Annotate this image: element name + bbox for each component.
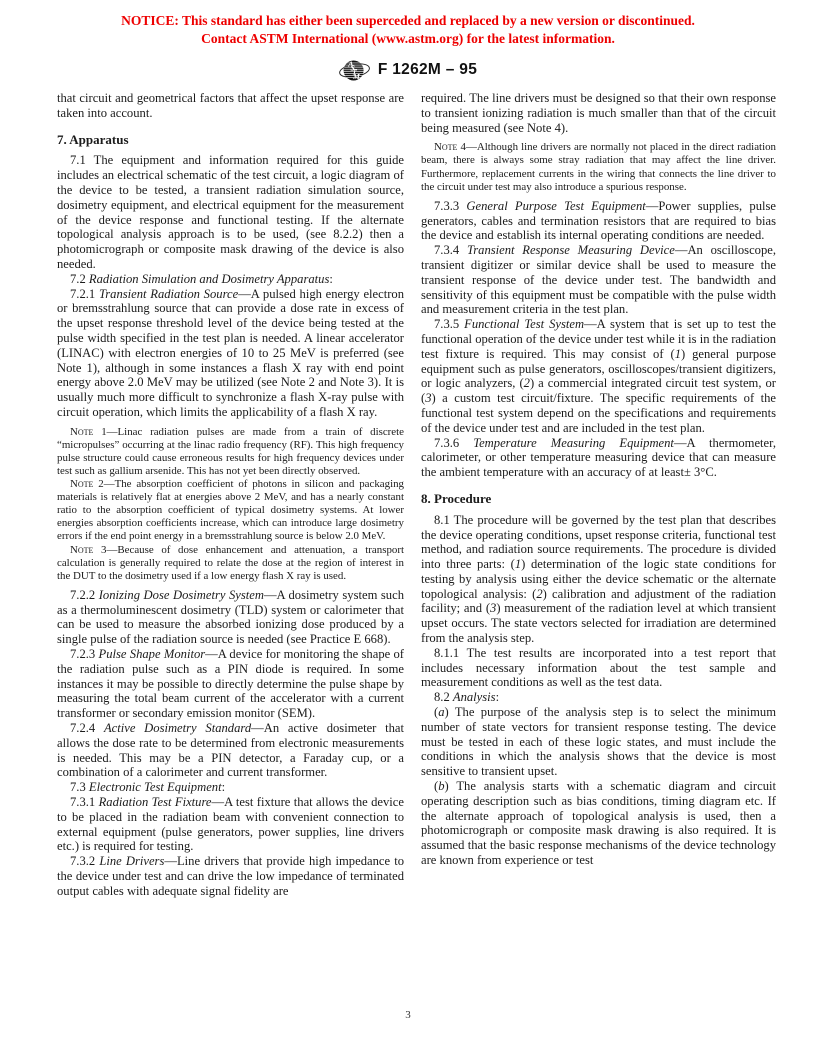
note-4: Note 4—Although line drivers are normall… — [421, 141, 776, 193]
note-1: Note 1—Linac radiation pulses are made f… — [57, 426, 404, 478]
para-7-3-5: 7.3.5 Functional Test System—A system th… — [421, 317, 776, 435]
para-7-3-2-continuation: required. The line drivers must be desig… — [421, 91, 776, 135]
astm-logo-icon: ASTM — [339, 58, 371, 83]
note-2: Note 2—The absorption coefficient of pho… — [57, 478, 404, 543]
para-7-2: 7.2 Radiation Simulation and Dosimetry A… — [57, 272, 404, 287]
para-8-1-1: 8.1.1 The test results are incorporated … — [421, 646, 776, 690]
heading-procedure: 8. Procedure — [421, 492, 776, 507]
discontinuation-notice: NOTICE: This standard has either been su… — [0, 0, 816, 48]
two-column-body: that circuit and geometrical factors tha… — [0, 91, 816, 899]
standard-header: ASTM F 1262M – 95 — [0, 56, 816, 84]
para-7-3: 7.3 Electronic Test Equipment: — [57, 780, 404, 795]
para-7-2-1: 7.2.1 Transient Radiation Source—A pulse… — [57, 287, 404, 420]
para-7-3-1: 7.3.1 Radiation Test Fixture—A test fixt… — [57, 795, 404, 854]
note-3: Note 3—Because of dose enhancement and a… — [57, 544, 404, 583]
notice-line-1: NOTICE: This standard has either been su… — [0, 12, 816, 30]
document-page: NOTICE: This standard has either been su… — [0, 0, 816, 1056]
para-7-2-3: 7.2.3 Pulse Shape Monitor—A device for m… — [57, 647, 404, 721]
para-7-3-6: 7.3.6 Temperature Measuring Equipment—A … — [421, 436, 776, 480]
svg-text:M: M — [352, 71, 361, 80]
standard-designation: F 1262M – 95 — [378, 61, 477, 79]
column-left: that circuit and geometrical factors tha… — [57, 91, 404, 899]
para-8-2-a: (a) The purpose of the analysis step is … — [421, 705, 776, 779]
para-8-2-b: (b) The analysis starts with a schematic… — [421, 779, 776, 868]
para-7-3-2: 7.3.2 Line Drivers—Line drivers that pro… — [57, 854, 404, 898]
para-intro-continuation: that circuit and geometrical factors tha… — [57, 91, 404, 121]
page-number: 3 — [0, 1009, 816, 1021]
para-7-3-3: 7.3.3 General Purpose Test Equipment—Pow… — [421, 199, 776, 243]
para-8-1: 8.1 The procedure will be governed by th… — [421, 513, 776, 646]
para-7-2-2: 7.2.2 Ionizing Dose Dosimetry System—A d… — [57, 588, 404, 647]
notice-line-2: Contact ASTM International (www.astm.org… — [0, 30, 816, 48]
column-right: required. The line drivers must be desig… — [421, 91, 776, 899]
para-7-1: 7.1 The equipment and information requir… — [57, 153, 404, 271]
para-7-2-4: 7.2.4 Active Dosimetry Standard—An activ… — [57, 721, 404, 780]
para-7-3-4: 7.3.4 Transient Response Measuring Devic… — [421, 243, 776, 317]
para-8-2: 8.2 Analysis: — [421, 690, 776, 705]
heading-apparatus: 7. Apparatus — [57, 133, 404, 148]
